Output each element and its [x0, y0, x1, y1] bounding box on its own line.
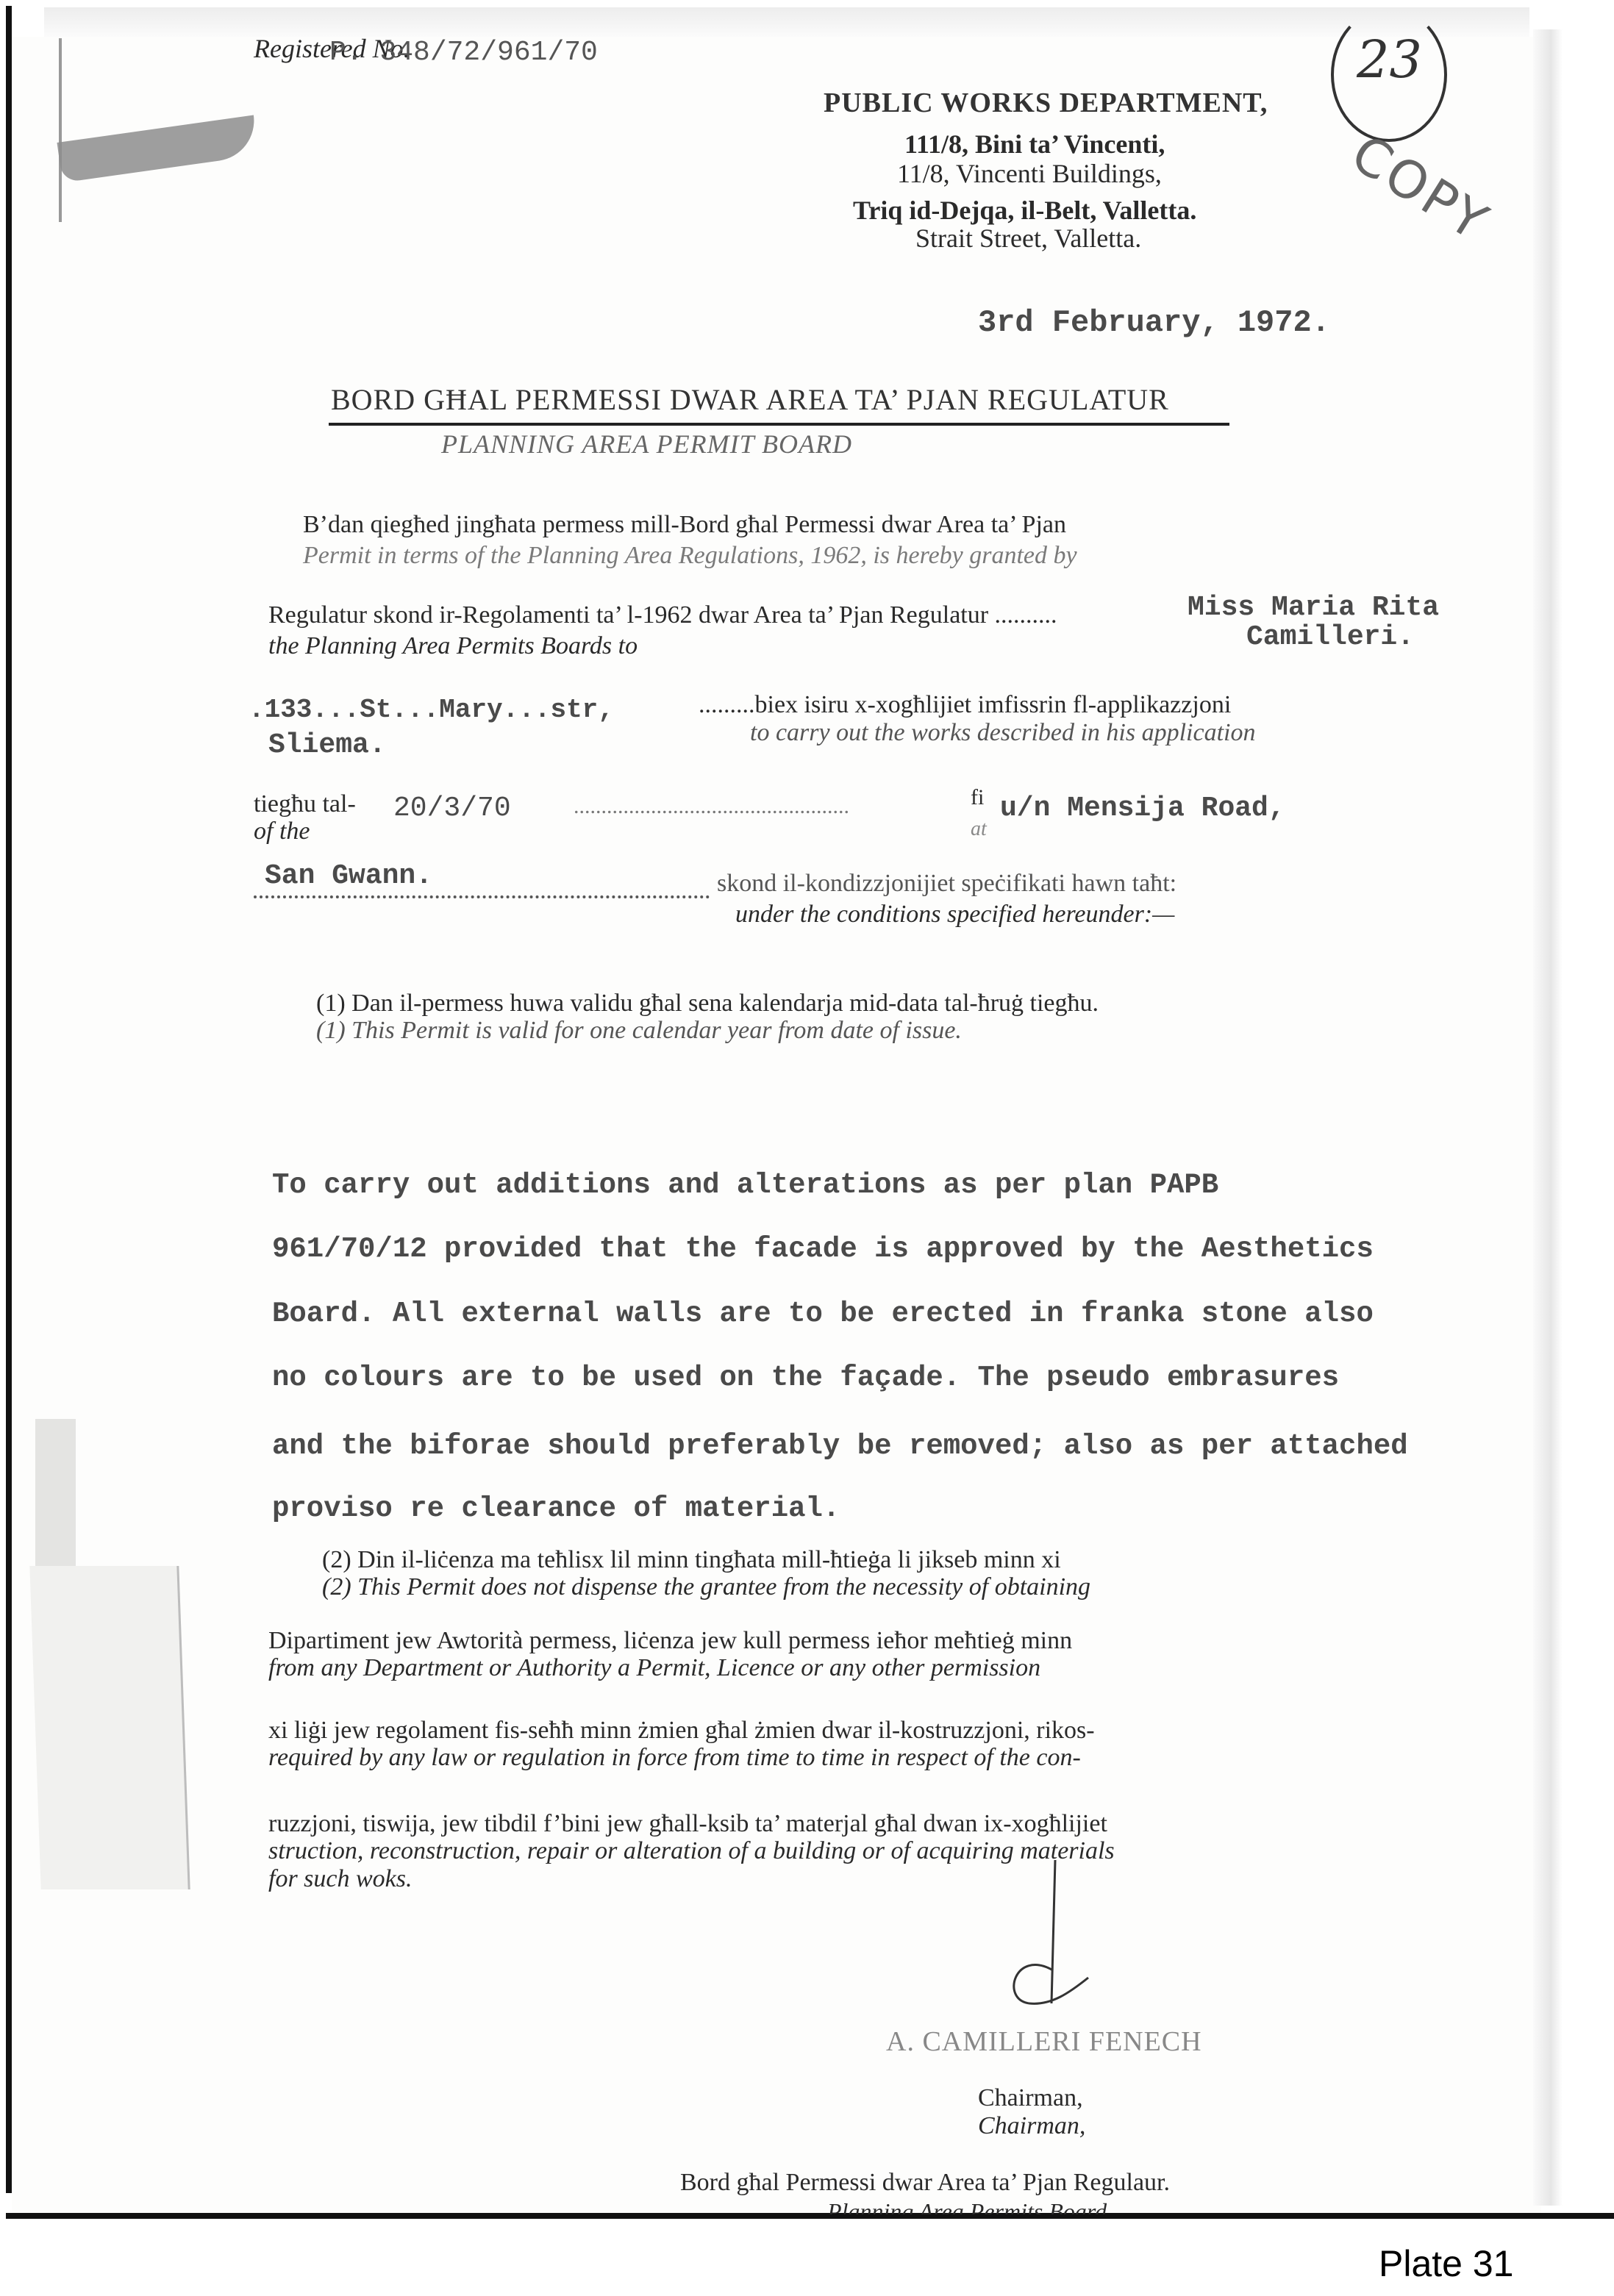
application-date: 20/3/70	[393, 793, 511, 824]
typed-condition-line: and the biforae should preferably be rem…	[272, 1430, 1408, 1462]
board-footer-maltese: Bord għal Permessi dwar Area ta’ Pjan Re…	[680, 2169, 1170, 2197]
chairman-title-maltese: Chairman,	[978, 2084, 1083, 2112]
condition1-english: (1) This Permit is valid for one calenda…	[316, 1017, 962, 1045]
grant-line2-maltese: Regulatur skond ir-Regolamenti ta’ l-196…	[268, 601, 1057, 629]
grant-line2-english: the Planning Area Permits Boards to	[268, 632, 638, 660]
document-page	[12, 37, 1541, 2213]
typed-condition-line: Board. All external walls are to be erec…	[272, 1298, 1374, 1330]
condition2-maltese-1: (2) Din il-liċenza ma teħlisx lil minn t…	[322, 1546, 1061, 1574]
condition2-english-3: required by any law or regulation in for…	[268, 1744, 1081, 1772]
reference-number: 23	[1357, 29, 1422, 90]
conditions-intro-english: under the conditions specified hereunder…	[735, 901, 1174, 929]
at-label-english: at	[971, 818, 987, 841]
registered-no-value: P. 348/72/961/70	[329, 37, 598, 68]
grant-line1-maltese: B’dan qiegħed jingħata permess mill-Bord…	[303, 511, 1066, 539]
board-title-english: PLANNING AREA PERMIT BOARD	[441, 429, 852, 459]
grantee-locality: Sliema.	[268, 729, 386, 761]
dotted-rule	[254, 895, 710, 898]
title-underline	[329, 423, 1229, 426]
chairman-title-english: Chairman,	[978, 2112, 1085, 2140]
scan-shadow-top	[44, 7, 1529, 37]
grant-line1-english: Permit in terms of the Planning Area Reg…	[303, 542, 1077, 570]
condition2-english-1: (2) This Permit does not dispense the gr…	[322, 1573, 1090, 1601]
grantee-name-line2: Camilleri.	[1246, 621, 1414, 653]
works-english: to carry out the works described in his …	[750, 719, 1256, 747]
condition2-maltese-3: xi liġi jew regolament fis-seħħ minn żmi…	[268, 1717, 1095, 1745]
department-name: PUBLIC WORKS DEPARTMENT,	[824, 87, 1268, 119]
condition2-maltese-2: Dipartiment jew Awtorità permess, liċenz…	[268, 1627, 1072, 1655]
document-date: 3rd February, 1972.	[978, 305, 1330, 340]
board-title-maltese: BORD GĦAL PERMESSI DWAR AREA TA’ PJAN RE…	[331, 382, 1169, 417]
condition2-maltese-4: ruzzjoni, tiswija, jew tibdil f’bini jew…	[268, 1810, 1107, 1838]
typed-condition-line: 961/70/12 provided that the facade is ap…	[272, 1233, 1374, 1265]
condition1-maltese: (1) Dan il-permess huwa validu għal sena…	[316, 990, 1099, 1018]
scan-border-bottom	[6, 2213, 1614, 2219]
address-en-2: Strait Street, Valletta.	[915, 223, 1141, 254]
board-footer-english: Planning Area Permits Board	[827, 2198, 1107, 2214]
grantee-name-line1: Miss Maria Rita	[1188, 592, 1439, 623]
application-label-english: of the	[254, 818, 310, 845]
application-label-maltese: tiegħu tal-	[254, 790, 356, 818]
condition2-english-2: from any Department or Authority a Permi…	[268, 1654, 1040, 1682]
site-locality: San Gwann.	[265, 860, 432, 892]
condition2-english-4: struction, reconstruction, repair or alt…	[268, 1837, 1115, 1865]
address-mt-2: Triq id-Dejqa, il-Belt, Valletta.	[853, 195, 1196, 226]
typed-condition-line: proviso re clearance of material.	[272, 1492, 840, 1525]
works-maltese: .........biex isiru x-xogħlijiet imfissr…	[699, 691, 1231, 719]
address-en-1: 11/8, Vincenti Buildings,	[897, 158, 1162, 189]
address-mt-1: 111/8, Bini ta’ Vincenti,	[904, 129, 1165, 160]
scan-border-left	[6, 6, 12, 2193]
typed-condition-line: no colours are to be used on the façade.…	[272, 1362, 1339, 1394]
attached-paper-strip	[35, 1419, 76, 1573]
typed-condition-line: To carry out additions and alterations a…	[272, 1169, 1218, 1201]
plate-label: Plate 31	[1379, 2242, 1513, 2285]
site-road: u/n Mensija Road,	[1000, 793, 1285, 824]
scan-shadow-right	[1533, 29, 1563, 2206]
conditions-intro-maltese: skond il-kondizzjonijiet speċifikati haw…	[717, 870, 1176, 898]
grantee-address: .133...St...Mary...str,	[249, 695, 614, 725]
attached-paper-flap	[29, 1566, 190, 1889]
condition2-english-5: for such woks.	[268, 1865, 413, 1893]
signer-name: A. CAMILLERI FENECH	[886, 2025, 1202, 2058]
handwritten-signature	[1000, 1860, 1118, 2007]
scan-mark-line	[59, 38, 62, 222]
dotted-leader: ........................................…	[574, 794, 849, 819]
at-label-maltese: fi	[971, 785, 984, 810]
